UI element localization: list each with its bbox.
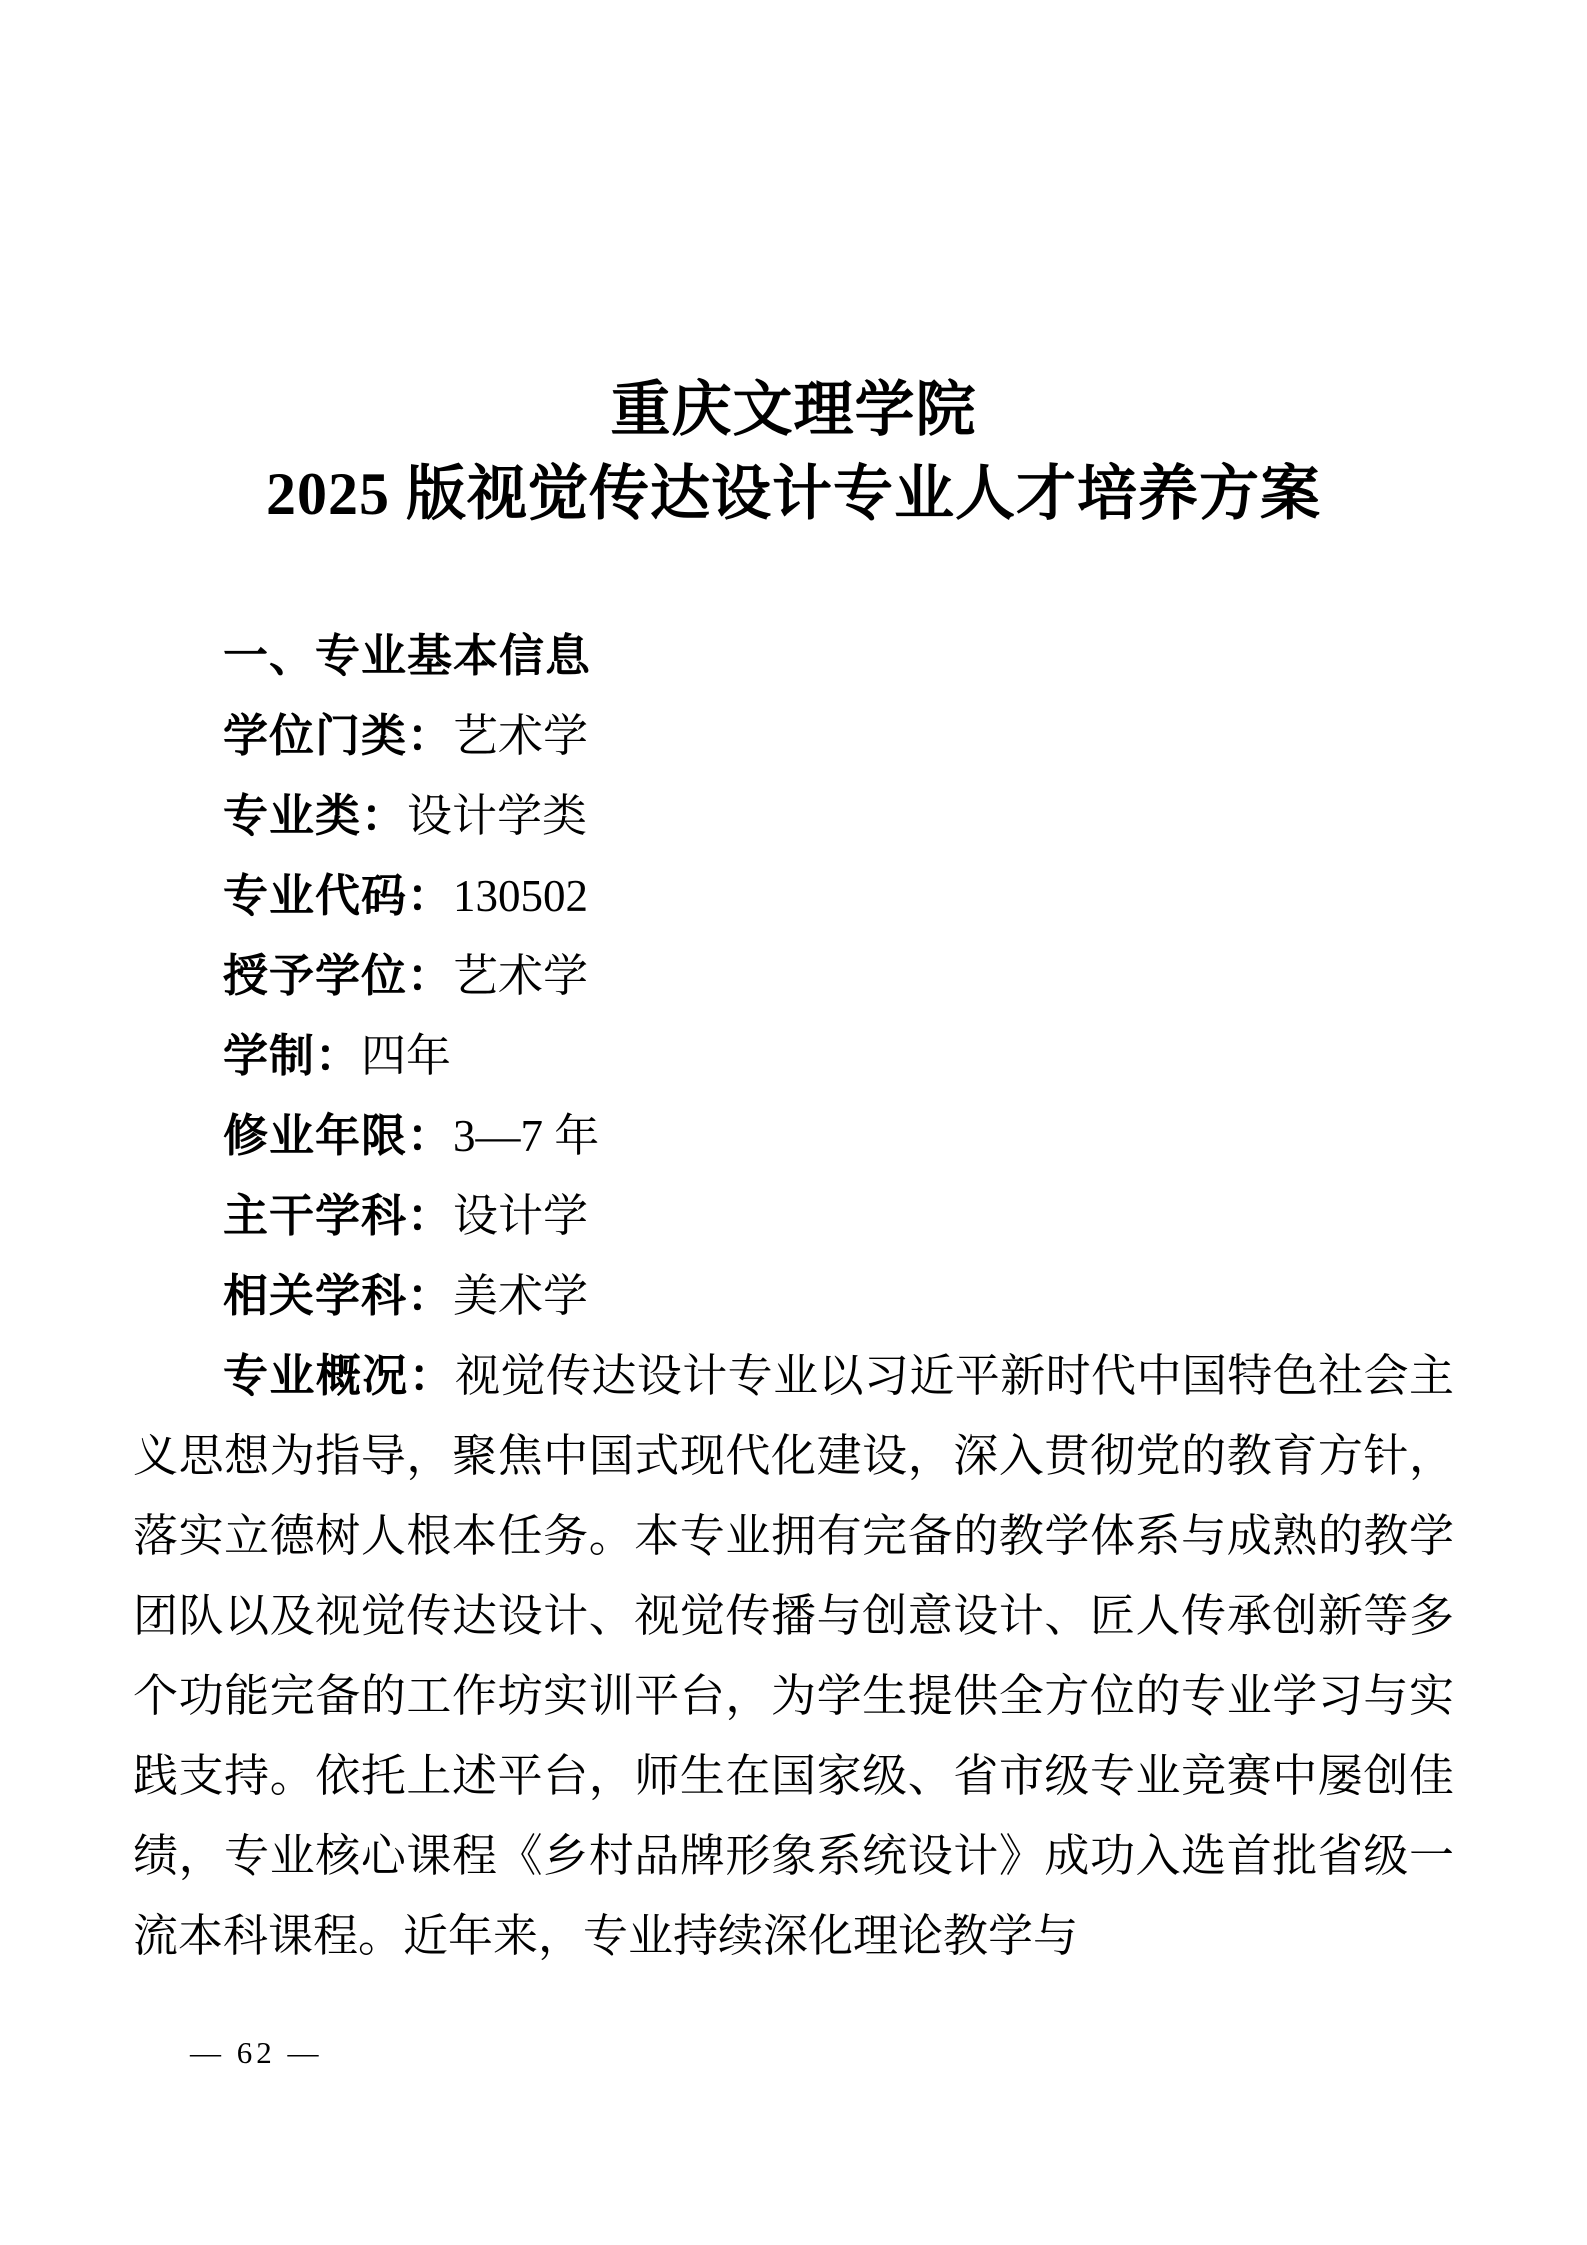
field-row-schooling-length: 学制：四年 — [133, 1016, 1454, 1096]
overview-label: 专业概况： — [223, 1350, 455, 1401]
field-value: 艺术学 — [453, 951, 588, 1001]
section-heading: 一、专业基本信息 — [133, 616, 1454, 696]
field-label: 相关学科： — [223, 1270, 453, 1321]
field-label: 授予学位： — [223, 950, 453, 1001]
field-row-major-code: 专业代码：130502 — [133, 856, 1454, 936]
field-value: 设计学类 — [407, 791, 587, 841]
field-label: 学位门类： — [223, 710, 453, 761]
field-row-related-discipline: 相关学科：美术学 — [133, 1256, 1454, 1336]
field-row-degree-awarded: 授予学位：艺术学 — [133, 936, 1454, 1016]
field-value: 130502 — [453, 871, 588, 921]
field-row-degree-category: 学位门类：艺术学 — [133, 696, 1454, 776]
document-body: 一、专业基本信息 学位门类：艺术学 专业类：设计学类 专业代码：130502 授… — [133, 616, 1454, 1976]
field-value: 设计学 — [453, 1191, 588, 1241]
field-value: 3—7 年 — [453, 1111, 599, 1161]
field-row-main-discipline: 主干学科：设计学 — [133, 1176, 1454, 1256]
field-label: 专业代码： — [223, 870, 453, 921]
field-label: 主干学科： — [223, 1190, 453, 1241]
title-line-1: 重庆文理学院 — [0, 368, 1587, 452]
field-label: 专业类： — [223, 790, 407, 841]
page-number: — 62 — — [190, 2033, 323, 2073]
document-title: 重庆文理学院 2025 版视觉传达设计专业人才培养方案 — [0, 0, 1587, 536]
overview-paragraph: 专业概况：视觉传达设计专业以习近平新时代中国特色社会主义思想为指导，聚焦中国式现… — [133, 1336, 1454, 1976]
overview-text: 视觉传达设计专业以习近平新时代中国特色社会主义思想为指导，聚焦中国式现代化建设，… — [133, 1351, 1454, 1961]
field-label: 学制： — [223, 1030, 361, 1081]
title-line-2: 2025 版视觉传达设计专业人才培养方案 — [0, 452, 1587, 536]
field-row-major-class: 专业类：设计学类 — [133, 776, 1454, 856]
field-value: 美术学 — [453, 1271, 588, 1321]
document-page: 重庆文理学院 2025 版视觉传达设计专业人才培养方案 一、专业基本信息 学位门… — [0, 0, 1587, 2245]
field-value: 艺术学 — [453, 711, 588, 761]
field-row-study-years: 修业年限：3—7 年 — [133, 1096, 1454, 1176]
field-value: 四年 — [361, 1031, 451, 1081]
field-label: 修业年限： — [223, 1110, 453, 1161]
